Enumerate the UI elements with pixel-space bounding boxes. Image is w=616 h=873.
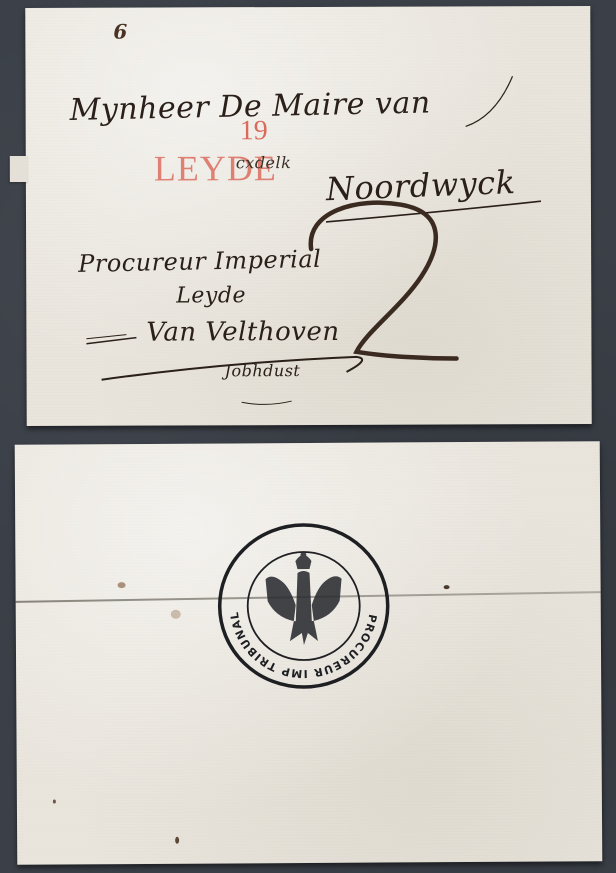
letter-front: 6 Mynheer De Maire van 19 LEYDE cxdelk N…: [25, 6, 591, 426]
eagle-emblem: [265, 552, 342, 645]
sender-subline: Jobhdust: [225, 361, 301, 380]
ink-spot: [444, 585, 450, 589]
letter-back: PROCUREUR IMP TRIBUNAL 1re INSTANCE LEYD…: [15, 441, 603, 865]
ink-spot: [53, 800, 56, 804]
tribunal-seal: PROCUREUR IMP TRIBUNAL 1re INSTANCE LEYD…: [215, 520, 392, 691]
ink-spot: [118, 582, 126, 588]
ink-spot: [171, 610, 181, 619]
sender-flourish: [25, 6, 591, 426]
ink-spot: [175, 837, 179, 844]
